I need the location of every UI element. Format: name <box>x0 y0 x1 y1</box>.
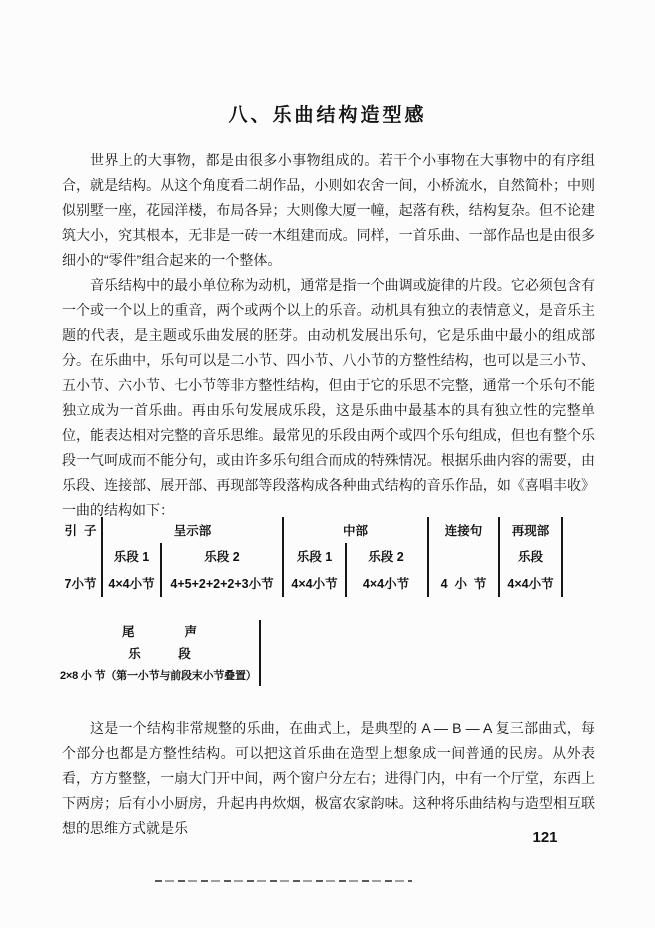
middle-segments: 乐段 1 4×4小节 乐段 2 4×4小节 <box>284 543 427 597</box>
coda-diagram: 尾 声 乐 段 2×8 小 节（第一小节与前段末小节叠置） <box>60 620 261 686</box>
paragraph-3: 这是一个结构非常规整的乐曲，在曲式上，是典型的 A — B — A 复三部曲式，… <box>62 716 595 841</box>
segment-measures: 4×4小节 <box>103 569 160 597</box>
coda-measures: 2×8 小 节（第一小节与前段末小节叠置） <box>60 664 259 686</box>
section-measures: 7小节 <box>60 569 101 597</box>
paragraph-1: 世界上的大事物，都是由很多小事物组成的。若干个小事物在大事物中的有序组合，就是结… <box>62 148 595 273</box>
coda-name: 尾 声 <box>60 620 259 642</box>
book-page: 八、乐曲结构造型感 世界上的大事物，都是由很多小事物组成的。若干个小事物在大事物… <box>0 0 655 928</box>
segment: 乐段 1 4×4小节 <box>284 543 345 597</box>
structure-diagram: 引 子 7小节 呈示部 乐段 1 4×4小节 乐段 2 4+5+2+2+2+3小… <box>60 517 563 597</box>
exposition-segments: 乐段 1 4×4小节 乐段 2 4+5+2+2+2+3小节 <box>103 543 282 597</box>
segment-measures: 4×4小节 <box>284 569 345 597</box>
section-name: 再现部 <box>500 517 561 543</box>
segment-label: 乐段 2 <box>162 543 282 569</box>
body-text-bottom: 这是一个结构非常规整的乐曲，在曲式上，是典型的 A — B — A 复三部曲式，… <box>62 716 595 841</box>
section-name: 呈示部 <box>103 517 282 543</box>
segment-label: 乐段 <box>500 543 561 569</box>
diagram-section-connector: 连接句 4 小 节 <box>427 517 498 597</box>
section-blank <box>60 543 101 569</box>
section-name: 连接句 <box>429 517 498 543</box>
paragraph-2: 音乐结构中的最小单位称为动机，通常是指一个曲调或旋律的片段。它必须包含有一个或一… <box>62 273 595 523</box>
page-number: 121 <box>520 829 570 846</box>
segment: 乐段 2 4×4小节 <box>345 543 425 597</box>
section-blank <box>429 543 498 569</box>
segment-label: 乐段 2 <box>347 543 425 569</box>
segment-measures: 4×4小节 <box>347 569 425 597</box>
diagram-section-intro: 引 子 7小节 <box>60 517 101 597</box>
diagram-section-exposition: 呈示部 乐段 1 4×4小节 乐段 2 4+5+2+2+2+3小节 <box>101 517 282 597</box>
segment-measures: 4+5+2+2+2+3小节 <box>162 569 282 597</box>
segment-measures: 4×4小节 <box>500 569 561 597</box>
segment: 乐段 1 4×4小节 <box>103 543 160 597</box>
segment-label: 乐段 1 <box>103 543 160 569</box>
section-name: 中部 <box>284 517 427 543</box>
section-measures: 4 小 节 <box>429 569 498 597</box>
body-text-top: 世界上的大事物，都是由很多小事物组成的。若干个小事物在大事物中的有序组合，就是结… <box>62 148 595 523</box>
diagram-section-middle: 中部 乐段 1 4×4小节 乐段 2 4×4小节 <box>282 517 427 597</box>
section-name: 引 子 <box>60 517 101 543</box>
coda-segment-label: 乐 段 <box>60 642 259 664</box>
segment: 乐段 2 4+5+2+2+2+3小节 <box>160 543 282 597</box>
scan-artifact-line <box>155 880 412 882</box>
page-title: 八、乐曲结构造型感 <box>0 100 655 127</box>
segment-label: 乐段 1 <box>284 543 345 569</box>
diagram-section-recap: 再现部 乐段 4×4小节 <box>498 517 563 597</box>
